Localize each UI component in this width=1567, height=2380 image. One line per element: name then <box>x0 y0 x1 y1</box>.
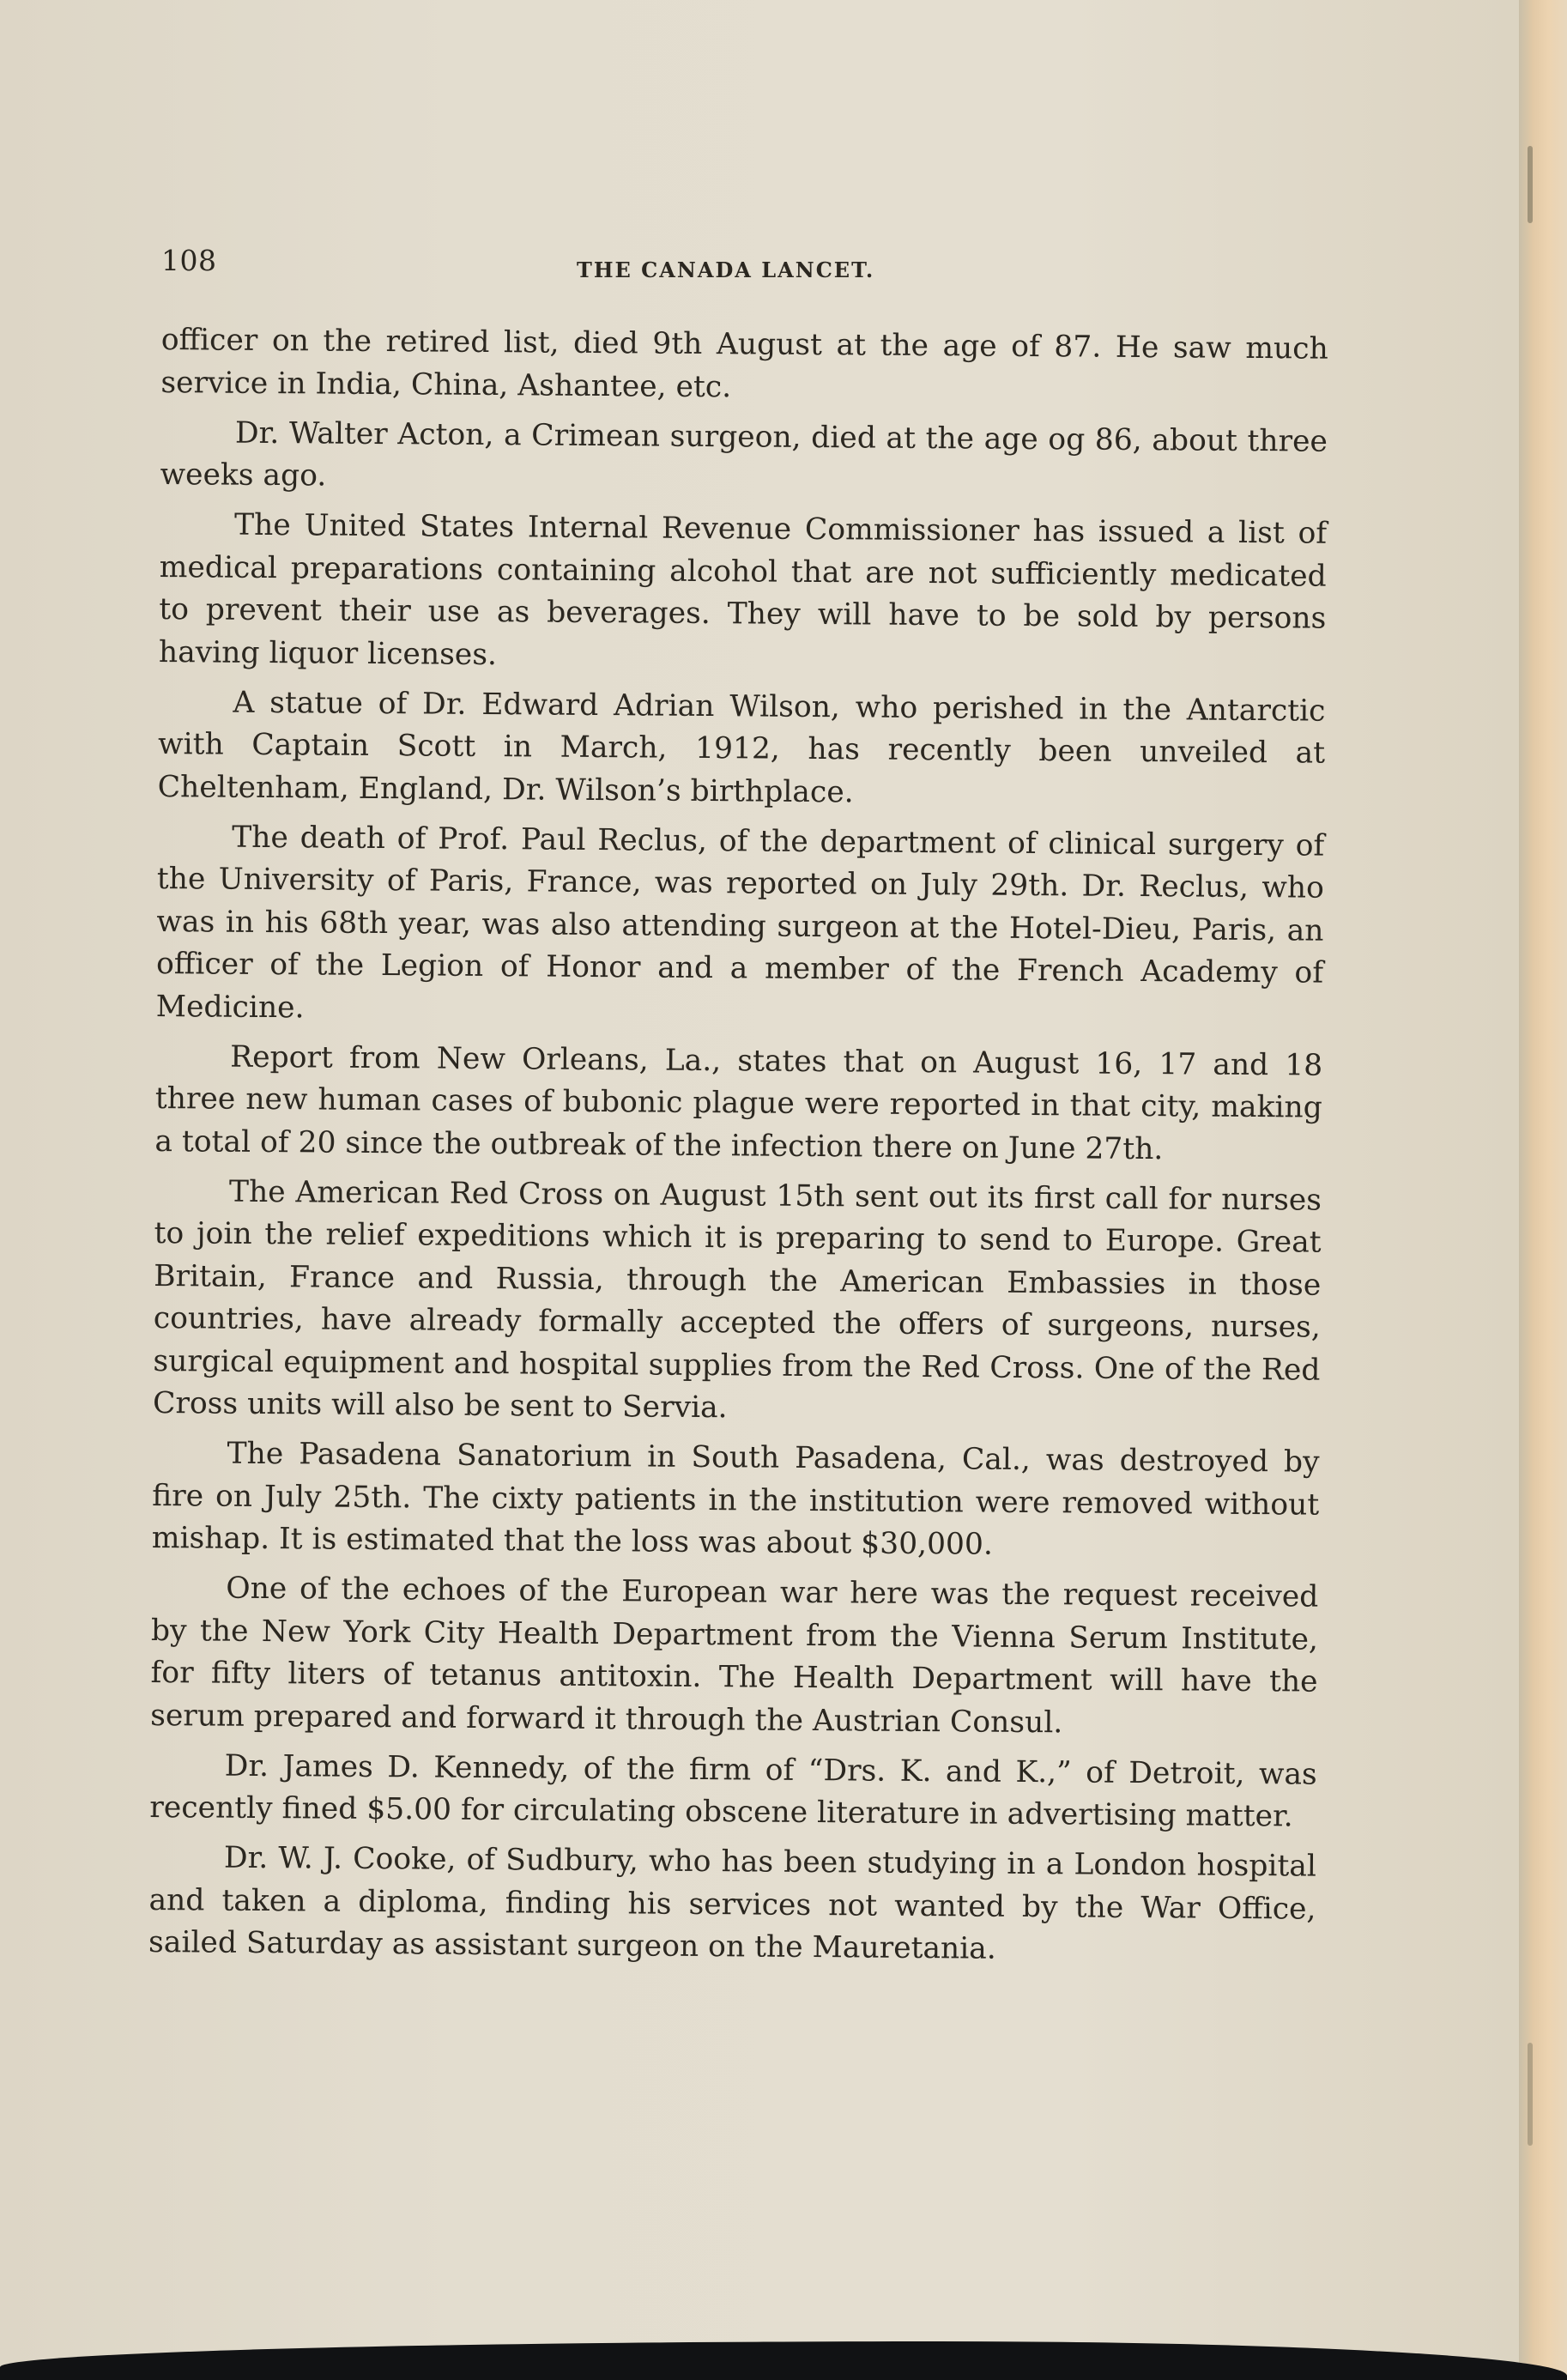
paragraph-pasadena-sanatorium: The Pasadena Sanatorium in South Pasaden… <box>152 1432 1320 1569</box>
running-head: 108 THE CANADA LANCET. <box>161 244 1328 278</box>
paragraph-paul-reclus: The death of Prof. Paul Reclus, of the d… <box>156 815 1325 1037</box>
paragraph-retired-officer: officer on the retired list, died 9th Au… <box>160 319 1328 414</box>
paragraph-tetanus-antitoxin: One of the echoes of the European war he… <box>150 1567 1319 1747</box>
paragraph-wilson-statue: A statue of Dr. Edward Adrian Wilson, wh… <box>158 681 1326 817</box>
paragraph-james-kennedy: Dr. James D. Kennedy, of the firm of “Dr… <box>149 1744 1317 1838</box>
scanned-page: 108 THE CANADA LANCET. officer on the re… <box>0 0 1519 2380</box>
binding-shadow <box>1528 146 1533 223</box>
binding-shadow-lower <box>1528 2043 1533 2146</box>
paragraph-new-orleans-plague: Report from New Orleans, La., states tha… <box>154 1035 1322 1172</box>
paragraph-wj-cooke: Dr. W. J. Cooke, of Sudbury, who has bee… <box>148 1837 1316 1973</box>
book-binding-edge <box>1519 0 1567 2380</box>
paragraph-red-cross: The American Red Cross on August 15th se… <box>153 1170 1322 1434</box>
body-text: officer on the retired list, died 9th Au… <box>148 319 1328 1981</box>
paragraph-walter-acton: Dr. Walter Acton, a Crimean surgeon, die… <box>160 411 1328 506</box>
journal-title: THE CANADA LANCET. <box>577 257 874 282</box>
page-number: 108 <box>161 244 217 277</box>
paragraph-internal-revenue: The United States Internal Revenue Commi… <box>159 504 1328 683</box>
